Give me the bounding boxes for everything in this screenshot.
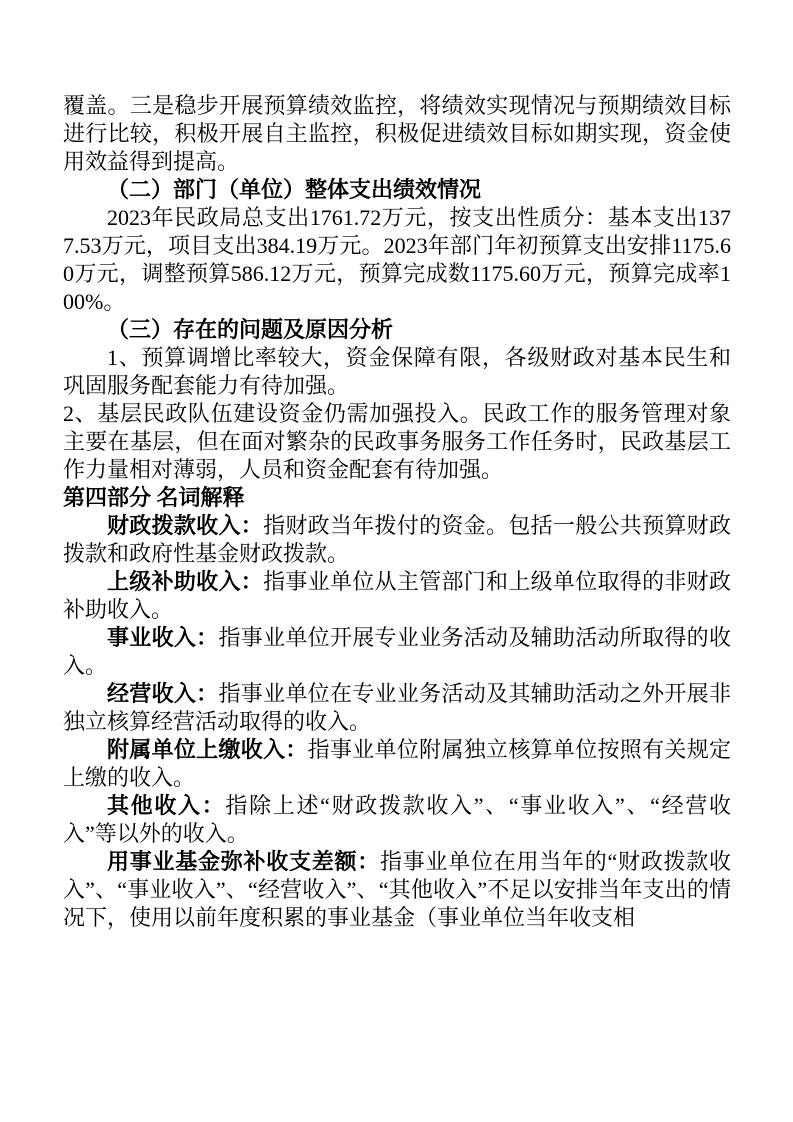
page-content: 覆盖。三是稳步开展预算绩效监控，将绩效实现情况与预期绩效目标进行比较，积极开展自… (63, 92, 731, 932)
definition-term: 附属单位上缴收入： (107, 737, 308, 762)
paragraph-problem-1: 1、预算调增比率较大，资金保障有限，各级财政对基本民生和巩固服务配套能力有待加强… (63, 344, 731, 400)
definition-fiscal-appropriation-income: 财政拨款收入：指财政当年拨付的资金。包括一般公共预算财政拨款和政府性基金财政拨款… (63, 512, 731, 568)
definition-affiliated-unit-remittance: 附属单位上缴收入：指事业单位附属独立核算单位按照有关规定上缴的收入。 (63, 736, 731, 792)
paragraph-monitoring-continued: 覆盖。三是稳步开展预算绩效监控，将绩效实现情况与预期绩效目标进行比较，积极开展自… (63, 92, 731, 176)
definition-term: 其他收入： (107, 793, 225, 818)
definition-operating-unit-income: 事业收入：指事业单位开展专业业务活动及辅助活动所取得的收入。 (63, 624, 731, 680)
paragraph-expenditure-figures: 2023年民政局总支出1761.72万元，按支出性质分：基本支出1377.53万… (63, 204, 731, 316)
definition-business-income: 经营收入：指事业单位在专业业务活动及其辅助活动之外开展非独立核算经营活动取得的收… (63, 680, 731, 736)
definition-term: 事业收入： (107, 625, 218, 650)
definition-other-income: 其他收入：指除上述“财政拨款收入”、“事业收入”、“经营收入”等以外的收入。 (63, 792, 731, 848)
definition-term: 财政拨款收入： (107, 513, 263, 538)
definition-term: 上级补助收入： (107, 569, 263, 594)
document-page: 覆盖。三是稳步开展预算绩效监控，将绩效实现情况与预期绩效目标进行比较，积极开展自… (0, 0, 793, 1122)
definition-term: 用事业基金弥补收支差额： (107, 849, 380, 874)
paragraph-problem-2: 2、基层民政队伍建设资金仍需加强投入。民政工作的服务管理对象主要在基层，但在面对… (63, 400, 731, 484)
part4-title: 第四部分 名词解释 (63, 484, 731, 512)
definition-superior-subsidy-income: 上级补助收入：指事业单位从主管部门和上级单位取得的非财政补助收入。 (63, 568, 731, 624)
heading-overall-expenditure-performance: （二）部门（单位）整体支出绩效情况 (63, 176, 731, 204)
heading-problems-analysis: （三）存在的问题及原因分析 (63, 316, 731, 344)
definition-term: 经营收入： (107, 681, 218, 706)
definition-fund-deficit-coverage: 用事业基金弥补收支差额：指事业单位在用当年的“财政拨款收入”、“事业收入”、“经… (63, 848, 731, 932)
